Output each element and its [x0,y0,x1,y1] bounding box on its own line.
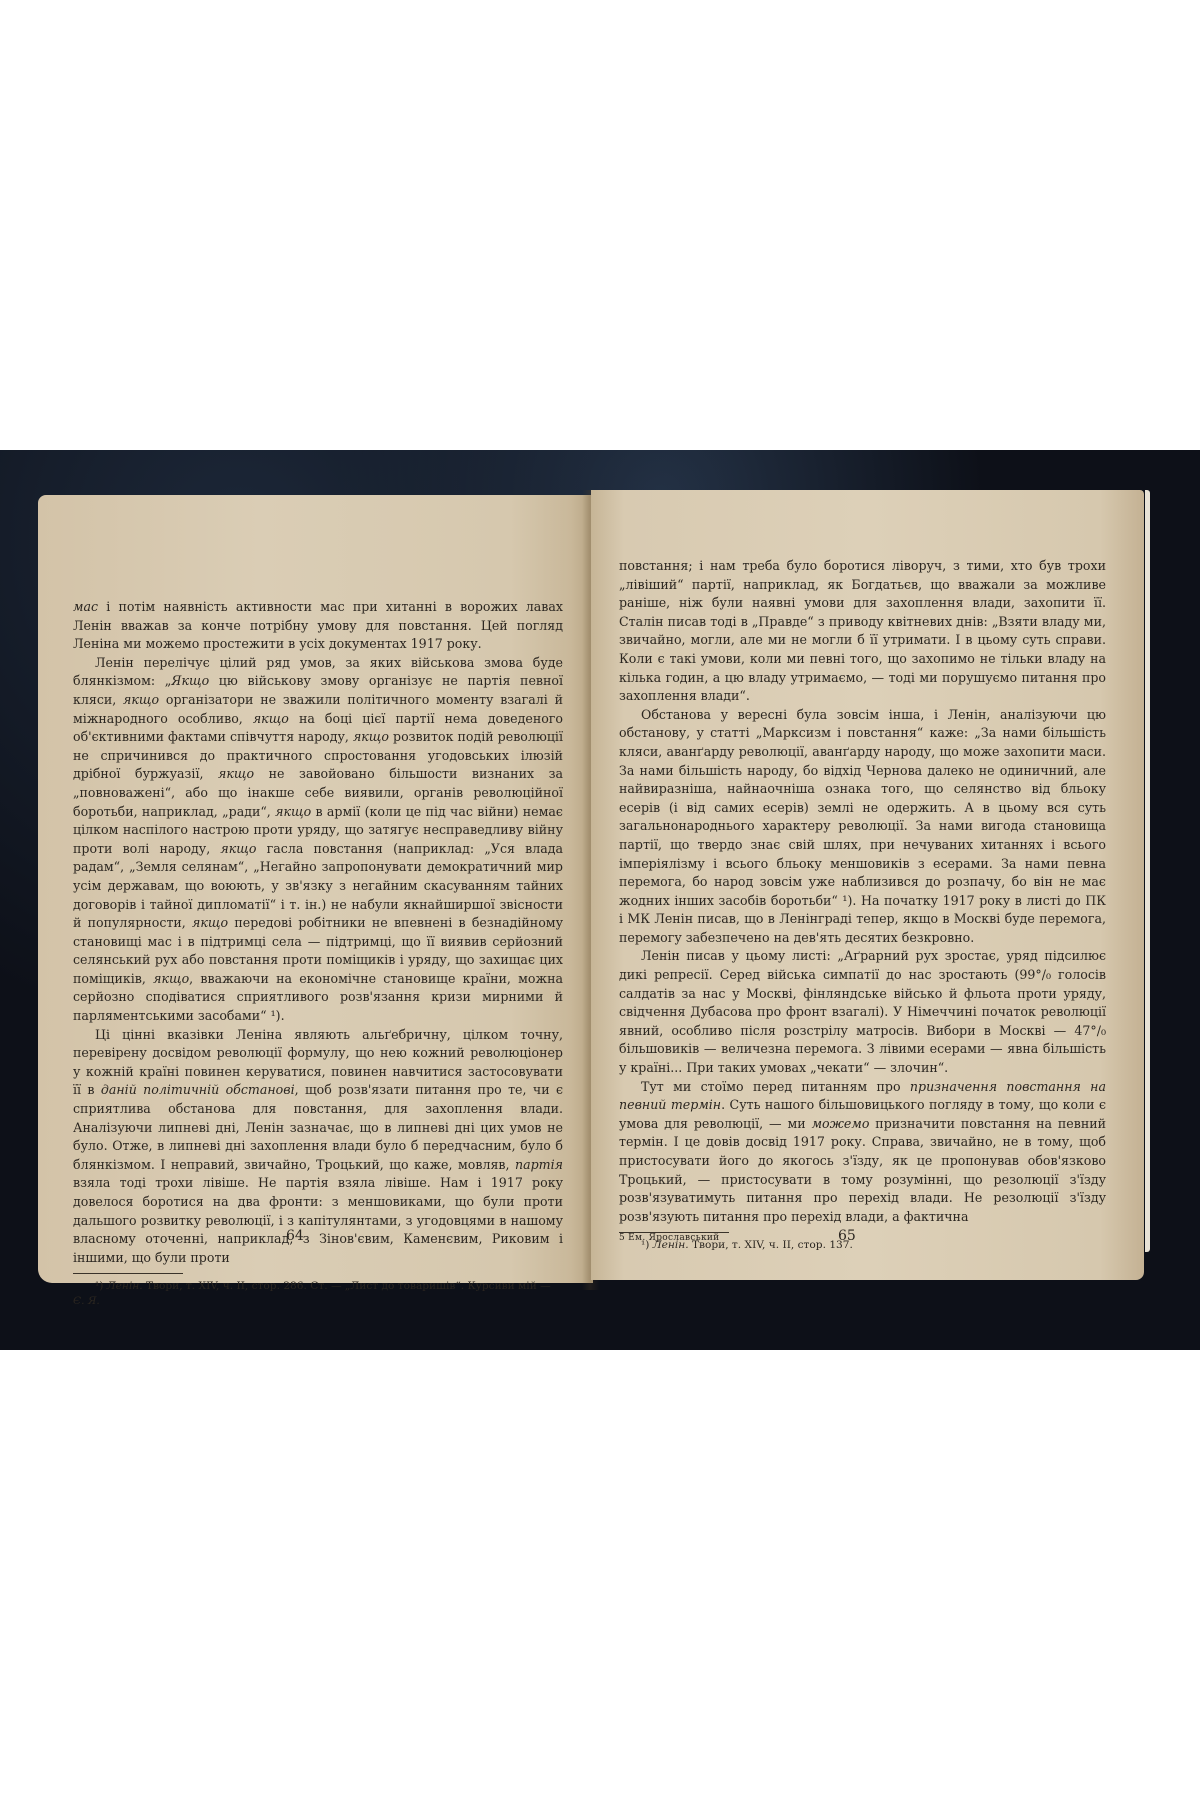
emphasis-text: партія [515,1157,563,1172]
emphasis-text: даній політичній обстанові [101,1082,295,1097]
text-run: ¹) [95,1280,107,1292]
signature-mark: 5 Ем. Ярославський [619,1233,719,1243]
paragraph: мас і потім наявність активности мас при… [73,598,563,654]
emphasis-text: якщо [253,711,289,726]
emphasis-text: мас [73,599,98,614]
text-run: Тут ми стоїмо перед питанням про [641,1079,910,1094]
emphasis-text: якщо [218,766,254,781]
footnote-rule [73,1273,183,1274]
emphasis-text: Є. Я. [73,1295,100,1307]
emphasis-text: якщо [275,804,311,819]
text-run: взяла тоді трохи лівіше. Не партія взяла… [73,1175,563,1264]
right-page: повстання; і нам треба було боротися лів… [591,490,1144,1280]
left-page: мас і потім наявність активности мас при… [38,495,593,1283]
text-run: повстання; і нам треба було боротися лів… [619,558,1106,703]
paragraph: Ці цінні вказівки Леніна являють альґебр… [73,1026,563,1268]
paragraph: Ленін перелічує цілий ряд умов, за яких … [73,654,563,1026]
page-number: 64 [286,1228,304,1244]
book-photo: мас і потім наявність активности мас при… [0,450,1200,1350]
text-run: і потім наявність активности мас при хит… [73,599,563,651]
emphasis-text: якщо [220,841,256,856]
emphasis-text: Якщо [171,673,209,688]
emphasis-text: якщо [192,915,228,930]
paragraph: Обстанова у вересні була зовсім інша, і … [619,706,1106,948]
emphasis-text: Ленін. [107,1280,143,1292]
text-run: Твори, т. XIV, ч. II, стор. 286. Ст. — „… [143,1280,551,1292]
text-run: Обстанова у вересні була зовсім інша, і … [619,707,1106,945]
emphasis-text: якщо [353,729,389,744]
left-footnote: ¹) Ленін. Твори, т. XIV, ч. II, стор. 28… [73,1279,563,1309]
page-number: 65 [838,1228,856,1244]
emphasis-text: якщо [153,971,189,986]
left-page-body: мас і потім наявність активности мас при… [73,598,563,1267]
paragraph: Тут ми стоїмо перед питанням про признач… [619,1078,1106,1227]
right-page-body: повстання; і нам треба було боротися лів… [619,557,1106,1226]
emphasis-text: якщо [123,692,159,707]
paragraph: повстання; і нам треба було боротися лів… [619,557,1106,706]
text-run: призначити повстання на певний термін. І… [619,1116,1106,1224]
paragraph: Ленін писав у цьому листі: „Аґрарний рух… [619,947,1106,1077]
emphasis-text: можемо [812,1116,870,1131]
text-run: Ленін писав у цьому листі: „Аґрарний рух… [619,948,1106,1075]
